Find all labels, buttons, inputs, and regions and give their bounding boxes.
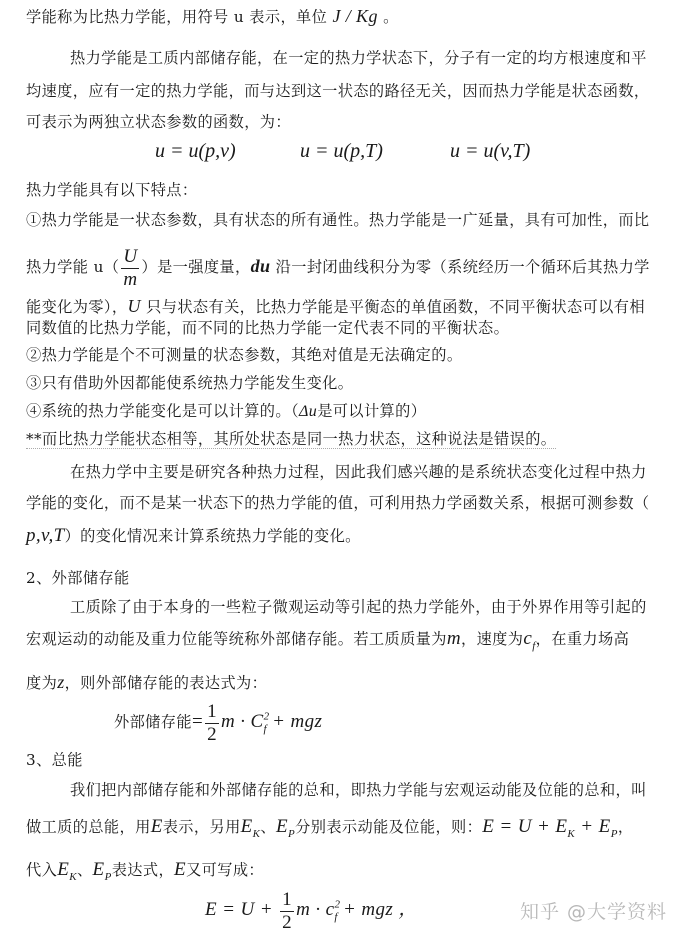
paragraph-line: 在热力学中主要是研究各种热力过程，因此我们感兴趣的是系统状态变化过程中热力 — [70, 462, 647, 482]
fraction-one-half: 12 — [205, 701, 219, 746]
EP-symbol: EP — [276, 816, 295, 837]
formula-term: + mgz ， — [338, 899, 418, 920]
paragraph-line: 学能称为比热力学能，用符号 u 表示，单位 J / Kg 。 — [26, 6, 399, 27]
paragraph-line: 我们把内部储存能和外部储存能的总和，即热力学能与宏观运动能及位能的总和，叫 — [70, 780, 647, 800]
equation-u-pT: u = u(p,T) — [300, 140, 383, 163]
E-symbol: E — [174, 859, 186, 880]
E: E — [93, 859, 105, 880]
formula-label: 外部储存能 — [114, 713, 192, 731]
text: 表达式， — [112, 861, 174, 879]
separator: 、 — [260, 818, 276, 836]
text: ， — [618, 818, 634, 836]
text: 热力学能 u（ — [26, 258, 119, 276]
EK-symbol: EK — [57, 859, 77, 880]
separator: 、 — [77, 861, 93, 879]
paragraph-line: 宏观运动的动能及重力位能等统称外部储存能。若工质质量为m，速度为cf，在重力场高 — [26, 629, 629, 649]
text: 学能称为比热力学能，用符号 u 表示，单位 — [26, 8, 332, 26]
feature-2: ②热力学能是个不可测量的状态参数，其绝对值是无法确定的。 — [26, 345, 462, 365]
text: 分别表示动能及位能，则： — [295, 818, 482, 836]
EP-symbol: EP — [93, 859, 112, 880]
text: ）的变化情况来计算系统热力学能的变化。 — [65, 527, 361, 545]
paragraph-line: 学能的变化，而不是某一状态下的热力学能的值，可利用热力学函数关系，根据可测参数（ — [26, 493, 650, 513]
section-2-title: 2、外部储存能 — [26, 568, 130, 588]
text: 宏观运动的动能及重力位能等统称外部储存能。若工质质量为 — [26, 630, 447, 648]
note-text: **而比热力学能状态相等，其所处状态是同一热力状态，这种说法是错误的。 — [26, 430, 556, 449]
paragraph-line: 工质除了由于本身的一些粒子微观运动等引起的热力学能外，由于外界作用等引起的 — [70, 597, 647, 617]
external-energy-formula: 外部储存能=12m · C2f + mgz — [114, 700, 322, 746]
m-symbol: m — [447, 628, 461, 649]
text: 又可写成： — [186, 861, 264, 879]
feature-1-line: 能变化为零），U 只与状态有关，比热力学能是平衡态的单值函数，不同平衡状态可以有… — [26, 296, 645, 317]
paragraph-line: 度为z，则外部储存能的表达式为： — [26, 672, 267, 693]
numerator: 1 — [205, 701, 219, 724]
params-symbol: p,v,T — [26, 525, 65, 546]
denominator: m — [121, 269, 139, 291]
paragraph-line: p,v,T）的变化情况来计算系统热力学能的变化。 — [26, 526, 361, 546]
subscript: P — [611, 828, 618, 840]
text: 度为 — [26, 674, 57, 692]
text: 。 — [378, 8, 399, 26]
subscript: K — [69, 871, 77, 883]
features-title: 热力学能具有以下特点： — [26, 180, 197, 200]
delta-u-symbol: Δu — [299, 403, 317, 420]
paragraph-line: 代入EK、EP表达式，E又可写成： — [26, 860, 264, 880]
EK-symbol: EK — [241, 816, 261, 837]
text: ④系统的热力学能变化是可以计算的。（ — [26, 402, 299, 420]
text: ，在重力场高 — [536, 630, 630, 648]
formula-term: E = U + — [205, 899, 278, 920]
total-energy-equation: E = U + EK + EP — [482, 816, 618, 837]
text: 做工质的总能，用 — [26, 818, 151, 836]
c: c — [523, 628, 532, 649]
text: 代入 — [26, 861, 57, 879]
text: 能变化为零）， — [26, 298, 128, 316]
formula-term: + mgz — [267, 711, 322, 732]
paragraph-line: 均速度，应有一定的热力学能，而与达到这一状态的路径无关，因而热力学能是状态函数， — [26, 81, 650, 101]
feature-1-line: 同数值的比热力学能，而不同的比热力学能一定代表不同的平衡状态。 — [26, 318, 509, 338]
cf-symbol: cf — [523, 628, 535, 649]
section-3-title: 3、总能 — [26, 750, 83, 770]
text: 沿一封闭曲线积分为零（系统经历一个循环后其热力学 — [270, 258, 649, 276]
U-symbol: U — [128, 296, 141, 316]
feature-1-line: 热力学能 u（Um）是一强度量，du 沿一封闭曲线积分为零（系统经历一个循环后其… — [26, 244, 650, 291]
E: E — [276, 816, 288, 837]
numerator: U — [121, 246, 139, 269]
equation-u-pv: u = u(p,v) — [155, 140, 236, 163]
equals: = — [192, 711, 203, 732]
fraction-one-half: 12 — [280, 889, 294, 934]
numerator: 1 — [280, 889, 294, 912]
z-symbol: z — [57, 672, 64, 692]
term: + E — [575, 816, 611, 837]
paragraph-line: 做工质的总能，用E表示，另用EK、EP分别表示动能及位能，则：E = U + E… — [26, 817, 633, 837]
watermark: 知乎 @大学资料 — [520, 897, 667, 924]
text: 只与状态有关，比热力学能是平衡态的单值函数，不同平衡状态可以有相 — [141, 298, 645, 316]
text: 是可以计算的） — [317, 402, 426, 420]
formula-term: m · C — [221, 711, 264, 732]
feature-4: ④系统的热力学能变化是可以计算的。（Δu是可以计算的） — [26, 401, 426, 422]
note-line: **而比热力学能状态相等，其所处状态是同一热力状态，这种说法是错误的。 — [26, 429, 556, 449]
du-symbol: du — [251, 256, 271, 276]
paragraph-line: 热力学能是工质内部储存能，在一定的热力学状态下，分子有一定的均方根速度和平 — [70, 48, 647, 68]
feature-3: ③只有借助外因都能使系统热力学能发生变化。 — [26, 373, 353, 393]
term: E = U + E — [482, 816, 567, 837]
formula-term: m · c — [296, 899, 334, 920]
total-energy-formula: E = U + 12m · c2f + mgz ， — [205, 888, 418, 934]
text: ）是一强度量， — [141, 258, 250, 276]
text: 表示，另用 — [163, 818, 241, 836]
E: E — [57, 859, 69, 880]
denominator: 2 — [280, 912, 294, 934]
unit-formula: J / Kg — [332, 6, 377, 26]
feature-1-line: ①热力学能是一状态参数，具有状态的所有通性。热力学能是一广延量，具有可加性，而比 — [26, 210, 650, 230]
text: ，则外部储存能的表达式为： — [65, 674, 268, 692]
E-symbol: E — [151, 816, 163, 837]
subscript: P — [105, 871, 112, 883]
paragraph-line: 可表示为两独立状态参数的函数，为： — [26, 112, 291, 132]
subscript: K — [567, 828, 575, 840]
E: E — [241, 816, 253, 837]
equation-u-vT: u = u(v,T) — [450, 140, 530, 163]
fraction-U-over-m: Um — [121, 246, 139, 291]
equation-row: u = u(p,v) u = u(p,T) u = u(v,T) — [0, 140, 695, 166]
denominator: 2 — [205, 724, 219, 746]
text: ，速度为 — [461, 630, 523, 648]
